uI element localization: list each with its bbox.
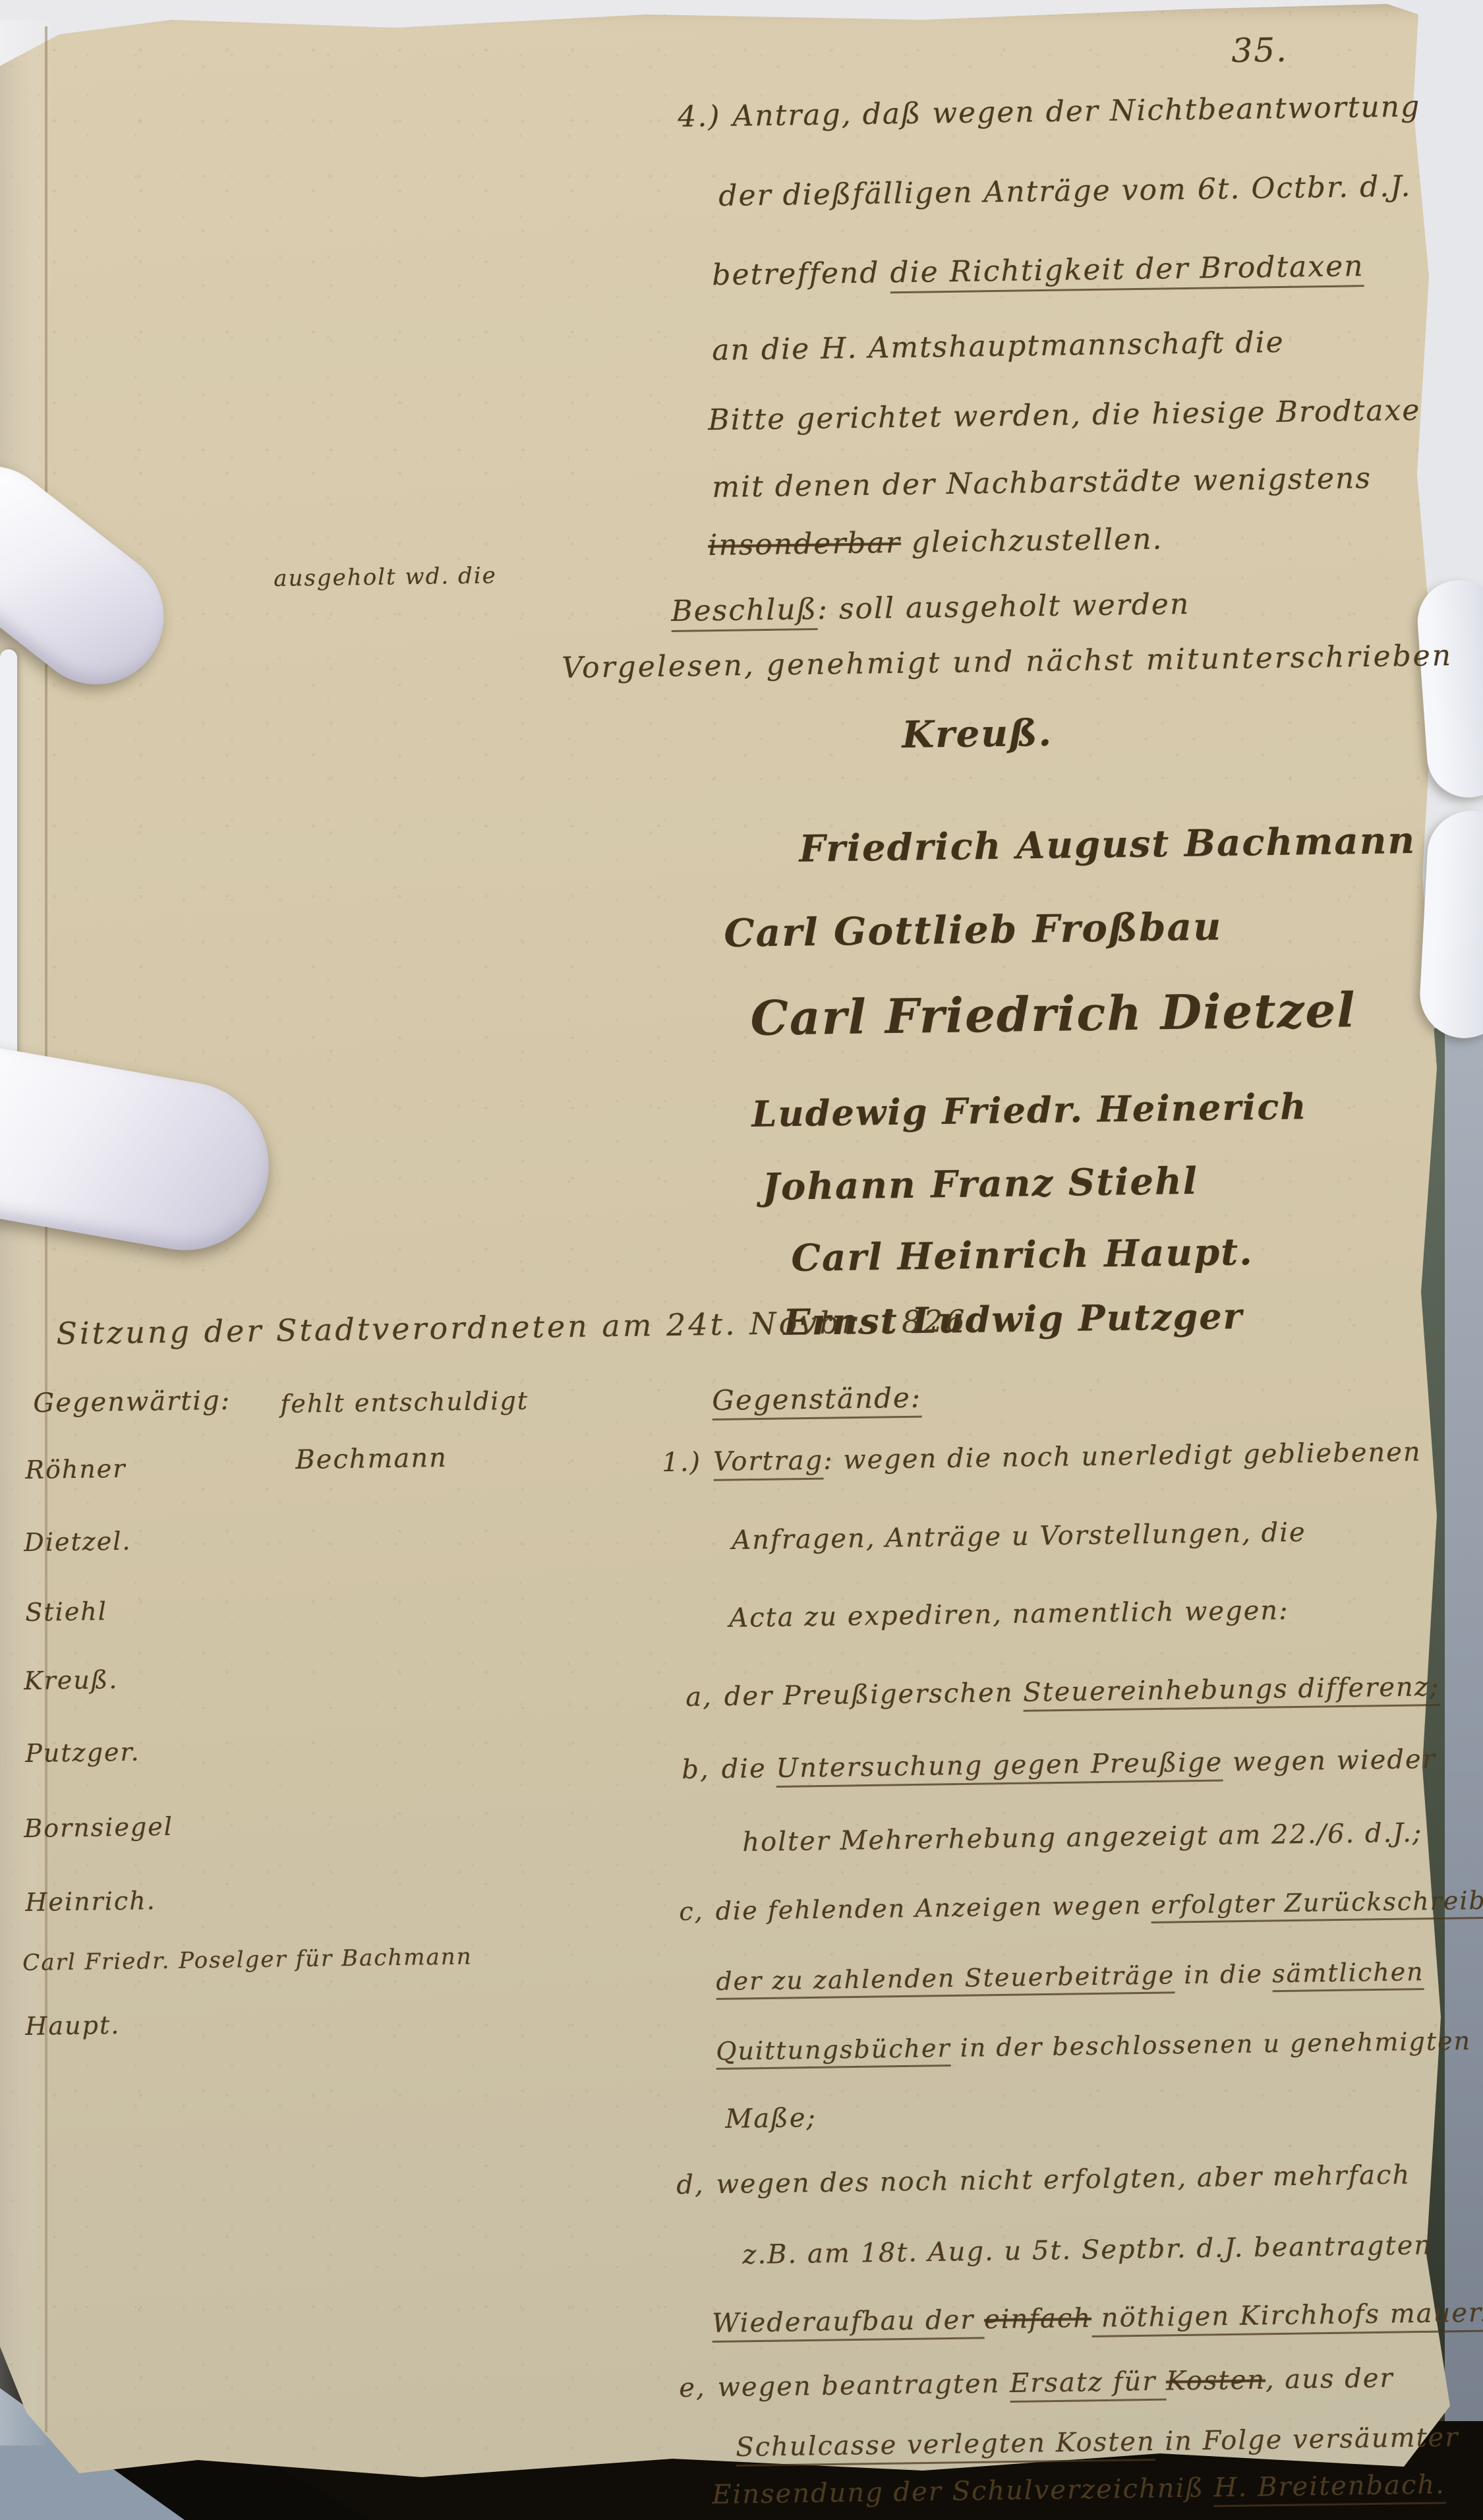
- present-name: Dietzel.: [24, 1527, 132, 1557]
- present-name: Heinrich.: [25, 1886, 156, 1917]
- absent-name: Bechmann: [295, 1443, 448, 1475]
- page-number: 35.: [1231, 31, 1288, 70]
- absent-label: fehlt entschuldigt: [280, 1386, 529, 1419]
- present-name: Röhner: [25, 1454, 127, 1484]
- signature: Carl Friedrich Dietzel: [750, 982, 1356, 1046]
- manuscript-photo: 35. 4.)Antrag, daß wegen der Nichtbeantw…: [0, 0, 1483, 2520]
- item4-marker: 4.): [678, 100, 721, 134]
- signature: Friedrich August Bachmann: [799, 819, 1416, 871]
- underlined-phrase: die Richtigkeit der Brodtaxen: [890, 249, 1364, 293]
- present-name: Putzger.: [25, 1738, 140, 1768]
- struck-word: einfach: [984, 2303, 1092, 2335]
- agenda-item-c-line-4: Maße;: [725, 2103, 817, 2134]
- agenda-item-d-marker: d,: [676, 2169, 705, 2200]
- signature: Carl Heinrich Haupt.: [791, 1230, 1254, 1280]
- agenda-label: Gegenstände:: [712, 1382, 921, 1417]
- book-fold-line: [45, 26, 47, 2432]
- present-name: Kreuß.: [24, 1665, 119, 1695]
- struck-word: insonderbar: [708, 526, 901, 562]
- present-label: Gegenwärtig:: [33, 1386, 231, 1419]
- present-name: Bornsiegel: [24, 1812, 173, 1843]
- struck-word: Kosten: [1166, 2365, 1266, 2397]
- present-name: Haupt.: [25, 2010, 121, 2041]
- agenda-item-a-marker: a,: [685, 1682, 712, 1713]
- manuscript-page: [0, 0, 1483, 2520]
- signature: Ludewig Friedr. Heinerich: [751, 1085, 1308, 1135]
- beschluss-label: Beschluß: [671, 593, 818, 632]
- clerk-signature: Kreuß.: [902, 711, 1053, 757]
- agenda-item-c-marker: c,: [679, 1896, 704, 1926]
- book-page-stack-edge: [0, 20, 46, 2446]
- glove-edge-sliver: [0, 649, 17, 1071]
- agenda-item-1-marker: 1.): [662, 1447, 701, 1478]
- present-name: Stiehl: [25, 1597, 107, 1627]
- margin-note: ausgeholt wd. die: [274, 562, 497, 592]
- item4-line-7: insonderbar gleichzustellen.: [708, 522, 1163, 562]
- agenda-item-e-marker: e,: [679, 2372, 706, 2403]
- signature: Carl Gottlieb Froßbau: [724, 904, 1223, 956]
- signature: Johann Franz Stiehl: [762, 1159, 1198, 1209]
- agenda-item-b-marker: b,: [682, 1754, 710, 1785]
